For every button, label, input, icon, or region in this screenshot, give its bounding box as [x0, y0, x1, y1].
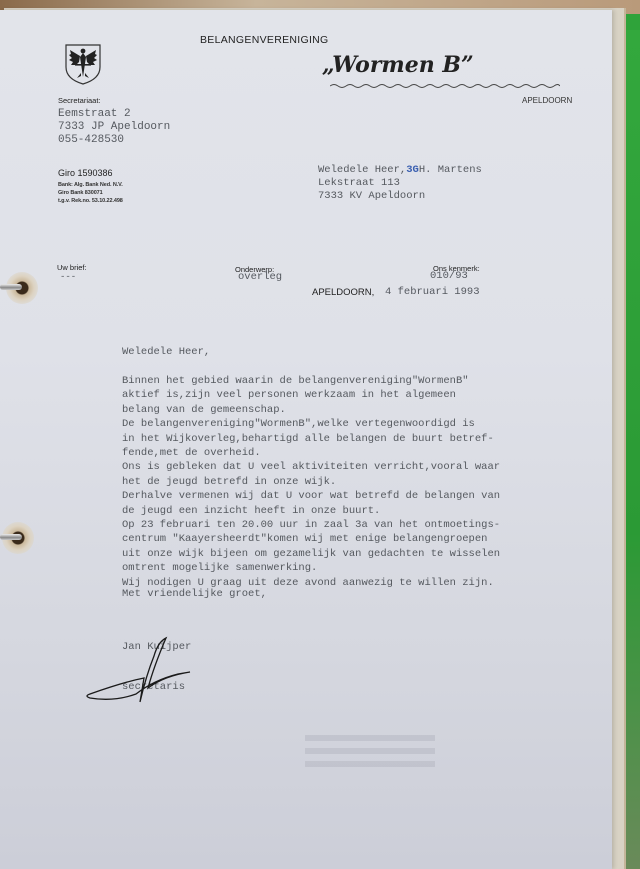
recipient-salutation: Weledele Heer,	[318, 164, 406, 176]
letter-date: 4 februari 1993	[385, 286, 480, 298]
sender-phone: 055-428530	[58, 134, 124, 146]
date-city: APELDOORN,	[312, 287, 374, 298]
body-line: de jeugd een inzicht heeft in onze buurt…	[122, 504, 380, 518]
onderwerp-value: overleg	[238, 271, 282, 283]
secretariat-label: Secretariaat:	[58, 96, 101, 105]
body-line: Derhalve vermenen wij dat U voor wat bet…	[122, 489, 500, 503]
show-through-text	[305, 735, 435, 771]
body-line: Ons is gebleken dat U veel aktiviteiten …	[122, 460, 500, 474]
binder-ring	[0, 534, 22, 540]
recipient-name: H. Martens	[419, 164, 482, 176]
kenmerk-value: 010/93	[430, 270, 468, 282]
body-line: uit onze wijk bijeen om gezamelijk van g…	[122, 547, 500, 561]
body-line: aktief is,zijn veel personen werkzaam in…	[122, 388, 456, 402]
bank-line: t.g.v. Rek.no. 53.10.22.498	[58, 198, 123, 204]
body-line: Binnen het gebied waarin de belangenvere…	[122, 374, 469, 388]
sender-postal-city: 7333 JP Apeldoorn	[58, 121, 170, 133]
recipient-line-1: Weledele Heer,3GH. Martens	[318, 164, 482, 176]
coat-of-arms-eagle-icon	[64, 43, 102, 85]
decorative-wavy-underline	[330, 83, 560, 89]
uw-brief-label: Uw brief:	[57, 263, 87, 272]
bank-line: Bank: Alg. Bank Ned. N.V.	[58, 182, 123, 188]
body-line: in het Wijkoverleg,behartigd alle belang…	[122, 432, 494, 446]
organization-name: „Wormen B”	[322, 52, 474, 78]
bank-line: Giro Bank 830071	[58, 190, 103, 196]
handwritten-correction: 3G	[406, 164, 419, 176]
salutation: Weledele Heer,	[122, 345, 210, 359]
closing: Met vriendelijke groet,	[122, 587, 267, 601]
body-line: het de jeugd betrefd in onze wijk.	[122, 475, 336, 489]
letter-page: BELANGENVERENIGING „Wormen B” APELDOORN …	[0, 10, 612, 869]
sender-street: Eemstraat 2	[58, 108, 131, 120]
handwritten-signature	[84, 636, 214, 706]
body-line: centrum "Kaayersheerdt"komen wij met eni…	[122, 532, 487, 546]
recipient-postal-city: 7333 KV Apeldoorn	[318, 190, 425, 202]
body-line: belang van de gemeenschap.	[122, 403, 286, 417]
body-line: De belangenvereniging"WormenB",welke ver…	[122, 417, 475, 431]
body-line: omtrent mogelijke samenwerking.	[122, 561, 317, 575]
body-line: fende,met de overheid.	[122, 446, 261, 460]
header-city: APELDOORN	[522, 96, 572, 105]
organization-prefix: BELANGENVERENIGING	[200, 34, 329, 46]
uw-brief-value: ---	[60, 272, 76, 282]
giro-number: Giro 1590386	[58, 168, 113, 178]
binder-ring	[0, 284, 22, 290]
body-line: Op 23 februari ten 20.00 uur in zaal 3a …	[122, 518, 500, 532]
recipient-street: Lekstraat 113	[318, 177, 400, 189]
